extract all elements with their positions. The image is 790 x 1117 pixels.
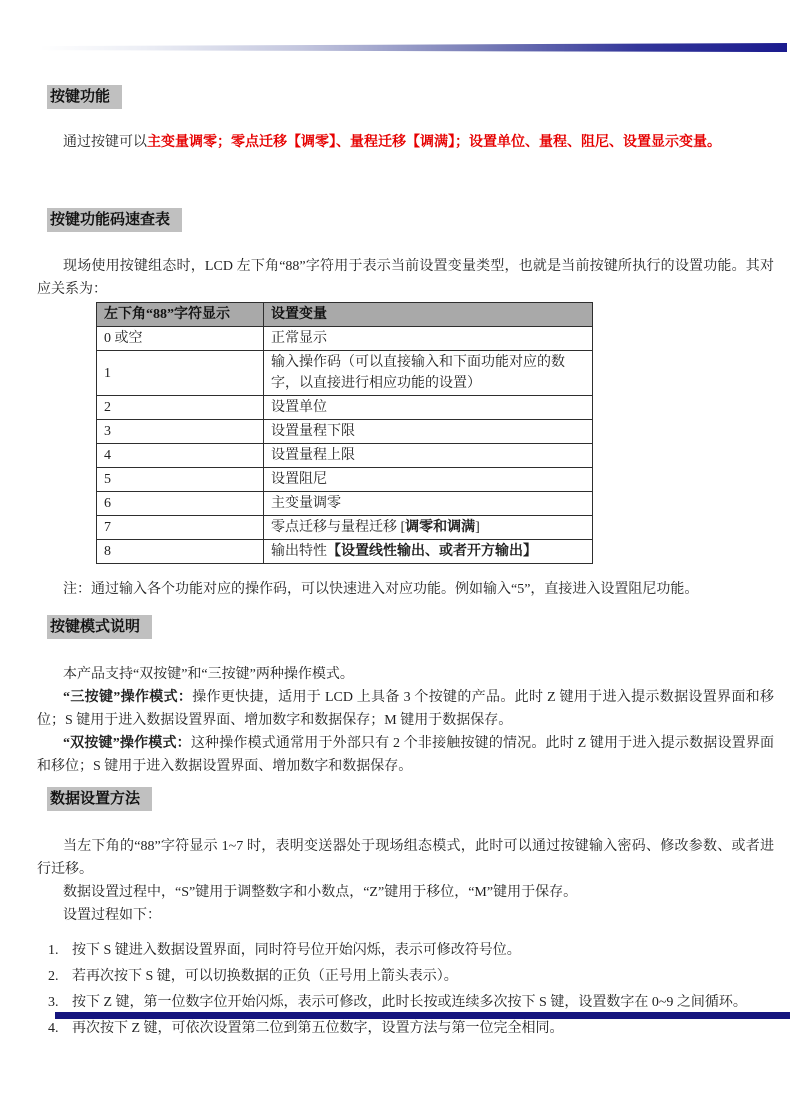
code-cell: 1 (97, 351, 264, 396)
section-heading-key-functions: 按键功能 (47, 85, 122, 109)
desc-text: 设置量程上限 (271, 448, 355, 463)
code-cell: 4 (97, 444, 264, 468)
data-setting-paragraph-1: 当左下角的“88”字符显示 1~7 时，表明变送器处于现场组态模式，此时可以通过… (37, 835, 774, 881)
function-code-table-head: 左下角“88”字符显示 设置变量 (97, 303, 593, 327)
desc-text: 零点迁移与量程迁移 [ (271, 520, 405, 535)
three-key-mode-label: “三按键”操作模式： (63, 690, 192, 705)
desc-cell: 主变量调零 (264, 492, 593, 516)
desc-text: 输入操作码（可以直接输入和下面功能对应的数字，以直接进行相应功能的设置） (271, 355, 565, 391)
desc-post-text: ] (475, 520, 480, 535)
table-header-row: 左下角“88”字符显示 设置变量 (97, 303, 593, 327)
key-functions-highlight-text: 主变量调零；零点迁移【调零】、量程迁移【调满】；设置单位、量程、阻尼、设置显示变… (147, 135, 721, 150)
table-row: 6 主变量调零 (97, 492, 593, 516)
desc-cell: 零点迁移与量程迁移 [调零和调满] (264, 516, 593, 540)
desc-cell: 输出特性【设置线性输出、或者开方输出】 (264, 540, 593, 564)
desc-text: 正常显示 (271, 331, 327, 346)
desc-cell: 设置量程上限 (264, 444, 593, 468)
step-text: 再次按下 Z 键，可依次设置第二位到第五位数字，设置方法与第一位完全相同。 (72, 1021, 564, 1036)
section-heading-key-modes: 按键模式说明 (47, 615, 152, 639)
code-cell: 5 (97, 468, 264, 492)
code-table-intro: 现场使用按键组态时，LCD 左下角“88”字符用于表示当前设置变量类型，也就是当… (37, 255, 774, 301)
step-text: 若再次按下 S 键，可以切换数据的正负（正号用上箭头表示）。 (72, 969, 458, 984)
setup-steps-list: 1.按下 S 键进入数据设置界面，同时符号位开始闪烁，表示可修改符号位。 2.若… (37, 939, 774, 1040)
table-row: 0 或空 正常显示 (97, 327, 593, 351)
step-item: 1.按下 S 键进入数据设置界面，同时符号位开始闪烁，表示可修改符号位。 (48, 939, 774, 962)
step-number: 3. (48, 991, 64, 1014)
desc-text: 设置单位 (271, 400, 327, 415)
table-row: 1 输入操作码（可以直接输入和下面功能对应的数字，以直接进行相应功能的设置） (97, 351, 593, 396)
desc-text: 主变量调零 (271, 496, 341, 511)
code-cell: 3 (97, 420, 264, 444)
table-row: 3 设置量程下限 (97, 420, 593, 444)
code-cell: 6 (97, 492, 264, 516)
modes-intro-paragraph: 本产品支持“双按键”和“三按键”两种操作模式。 (37, 663, 774, 686)
step-number: 2. (48, 965, 64, 988)
data-setting-paragraph-2: 数据设置过程中，“S”键用于调整数字和小数点，“Z”键用于移位，“M”键用于保存… (37, 881, 774, 904)
step-text: 按下 S 键进入数据设置界面，同时符号位开始闪烁，表示可修改符号位。 (72, 943, 521, 958)
table-row: 5 设置阻尼 (97, 468, 593, 492)
key-functions-lead-text: 通过按键可以 (63, 135, 147, 150)
desc-text: 输出特性 (271, 544, 327, 559)
code-cell: 2 (97, 396, 264, 420)
step-item: 3.按下 Z 键，第一位数字位开始闪烁，表示可修改，此时长按或连续多次按下 S … (48, 991, 774, 1014)
desc-cell: 设置量程下限 (264, 420, 593, 444)
desc-cell: 设置阻尼 (264, 468, 593, 492)
desc-bold-text: 调零和调满 (405, 520, 475, 535)
step-item: 4.再次按下 Z 键，可依次设置第二位到第五位数字，设置方法与第一位完全相同。 (48, 1017, 774, 1040)
table-row: 8 输出特性【设置线性输出、或者开方输出】 (97, 540, 593, 564)
desc-text: 设置量程下限 (271, 424, 355, 439)
footer-rule (55, 1012, 790, 1019)
three-key-mode-paragraph: “三按键”操作模式：操作更快捷，适用于 LCD 上具备 3 个按键的产品。此时 … (37, 686, 774, 732)
desc-cell: 设置单位 (264, 396, 593, 420)
document-content: 按键功能 通过按键可以主变量调零；零点迁移【调零】、量程迁移【调满】；设置单位、… (37, 80, 774, 1043)
table-row: 2 设置单位 (97, 396, 593, 420)
table-header-variable: 设置变量 (264, 303, 593, 327)
header-gradient-rule (40, 43, 787, 52)
two-key-mode-paragraph: “双按键”操作模式：这种操作模式通常用于外部只有 2 个非接触按键的情况。此时 … (37, 732, 774, 778)
desc-cell: 正常显示 (264, 327, 593, 351)
code-cell: 0 或空 (97, 327, 264, 351)
table-header-code: 左下角“88”字符显示 (97, 303, 264, 327)
data-setting-paragraph-3: 设置过程如下： (37, 904, 774, 927)
key-functions-paragraph: 通过按键可以主变量调零；零点迁移【调零】、量程迁移【调满】；设置单位、量程、阻尼… (37, 131, 774, 154)
step-text: 按下 Z 键，第一位数字位开始闪烁，表示可修改，此时长按或连续多次按下 S 键，… (72, 995, 747, 1010)
code-cell: 8 (97, 540, 264, 564)
section-heading-data-setting: 数据设置方法 (47, 787, 152, 811)
desc-bold-text: 【设置线性输出、或者开方输出】 (327, 544, 537, 559)
table-note: 注：通过输入各个功能对应的操作码，可以快速进入对应功能。例如输入“5”，直接进入… (37, 578, 774, 601)
desc-cell: 输入操作码（可以直接输入和下面功能对应的数字，以直接进行相应功能的设置） (264, 351, 593, 396)
two-key-mode-label: “双按键”操作模式： (63, 736, 191, 751)
code-cell: 7 (97, 516, 264, 540)
table-row: 7 零点迁移与量程迁移 [调零和调满] (97, 516, 593, 540)
step-number: 1. (48, 939, 64, 962)
table-row: 4 设置量程上限 (97, 444, 593, 468)
function-code-table: 左下角“88”字符显示 设置变量 0 或空 正常显示 1 输入操作码（可以直接输… (96, 302, 593, 564)
section-heading-code-table: 按键功能码速查表 (47, 208, 182, 232)
desc-text: 设置阻尼 (271, 472, 327, 487)
manual-page: 按键功能 通过按键可以主变量调零；零点迁移【调零】、量程迁移【调满】；设置单位、… (0, 0, 790, 1117)
step-number: 4. (48, 1017, 64, 1040)
step-item: 2.若再次按下 S 键，可以切换数据的正负（正号用上箭头表示）。 (48, 965, 774, 988)
function-code-table-body: 0 或空 正常显示 1 输入操作码（可以直接输入和下面功能对应的数字，以直接进行… (97, 327, 593, 564)
